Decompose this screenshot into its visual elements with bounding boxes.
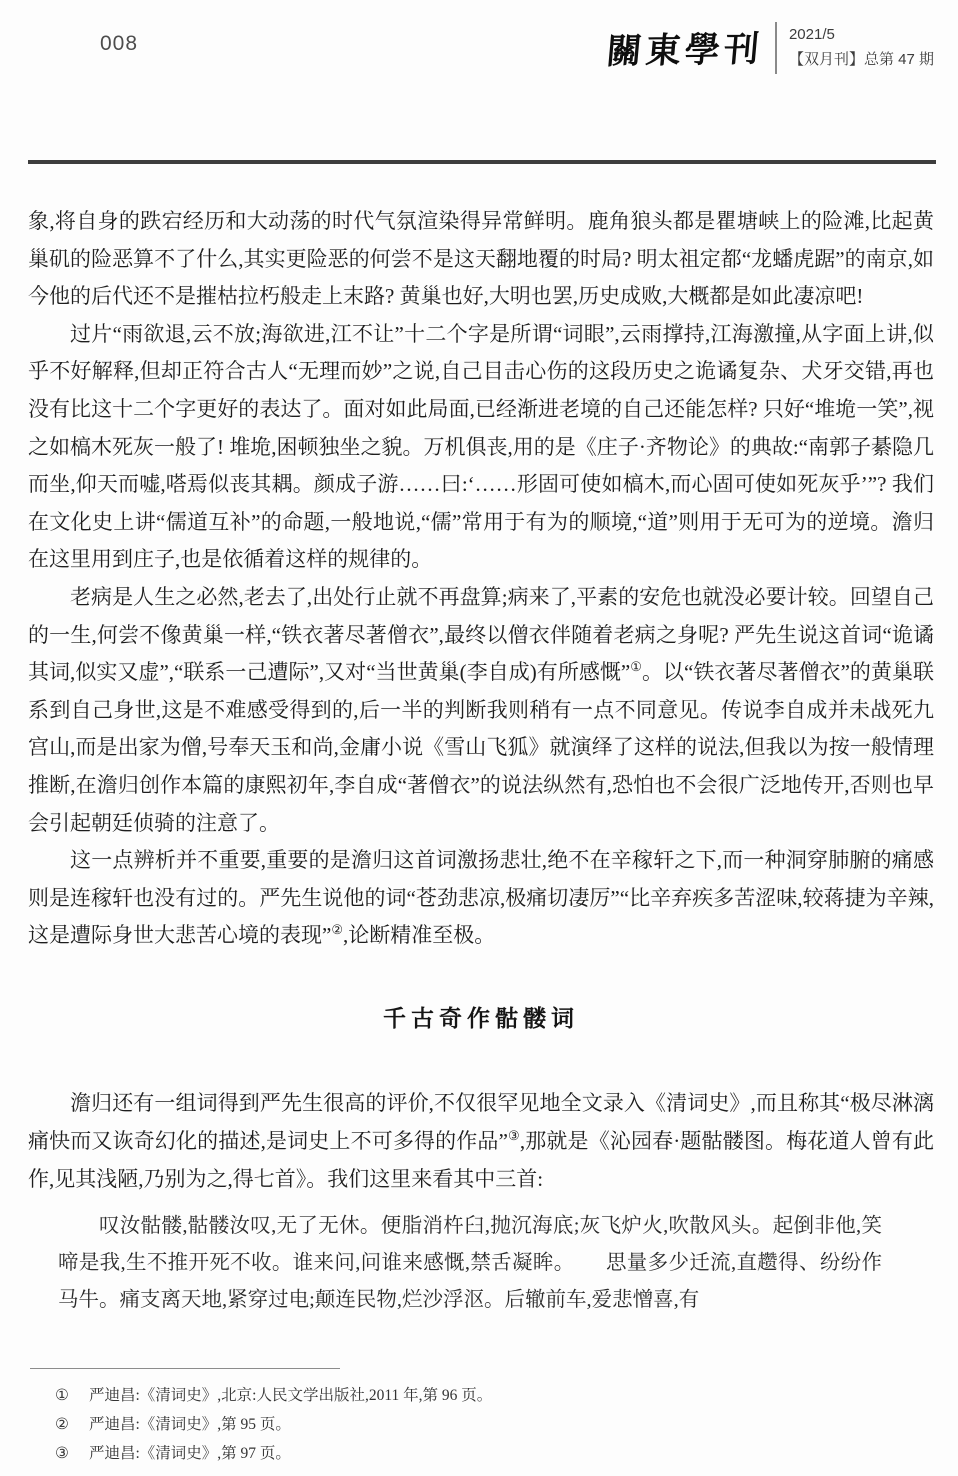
page-number: 008 <box>100 32 138 56</box>
masthead-divider <box>775 22 777 74</box>
journal-title-calligraphy: 關東學刊 <box>605 22 766 75</box>
paragraph-4: 这一点辨析并不重要,重要的是澹归这首词激扬悲壮,绝不在辛稼轩之下,而一种洞穿肺腑… <box>28 842 934 955</box>
footnote-separator <box>30 1368 340 1369</box>
footnote-3: ③ 严迪昌:《清词史》,第 97 页。 <box>55 1439 915 1468</box>
footnote-1-text: 严迪昌:《清词史》,北京:人民文学出版社,2011 年,第 96 页。 <box>89 1381 915 1410</box>
footnote-1: ① 严迪昌:《清词史》,北京:人民文学出版社,2011 年,第 96 页。 <box>55 1381 915 1410</box>
issue-info: 2021/5 【双月刊】总第 47 期 <box>789 23 934 73</box>
paragraph-1: 象,将自身的跌宕经历和大动荡的时代气氛渲染得异常鲜明。鹿角狼头都是瞿塘峡上的险滩… <box>28 203 934 316</box>
issue-date: 2021/5 <box>789 23 934 48</box>
footnote-list: ① 严迪昌:《清词史》,北京:人民文学出版社,2011 年,第 96 页。 ② … <box>55 1381 915 1468</box>
poem-quote: 叹汝骷髅,骷髅汝叹,无了无休。便脂消杵臼,抛沉海底;灰飞炉火,吹散风头。起倒非他… <box>58 1208 882 1319</box>
footnote-ref-1: ① <box>630 659 642 674</box>
paragraph-5: 澹归还有一组词得到严先生很高的评价,不仅很罕见地全文录入《清词史》,而且称其“极… <box>28 1085 934 1198</box>
footnote-3-text: 严迪昌:《清词史》,第 97 页。 <box>89 1439 915 1468</box>
section-heading: 千古奇作骷髅词 <box>28 1000 934 1038</box>
footnote-2-text: 严迪昌:《清词史》,第 95 页。 <box>89 1410 915 1439</box>
footnote-ref-2: ② <box>331 922 343 937</box>
footnote-2-marker: ② <box>55 1410 89 1439</box>
journal-masthead: 關東學刊 2021/5 【双月刊】总第 47 期 <box>607 22 934 74</box>
paragraph-3-text-b: 。以“铁衣著尽著僧衣”的黄巢联系到自己身世,这是不难感受得到的,后一半的判断我则… <box>28 660 934 834</box>
issue-number: 【双月刊】总第 47 期 <box>789 48 934 73</box>
paragraph-3: 老病是人生之必然,老去了,出处行止就不再盘算;病来了,平素的安危也就没必要计较。… <box>28 579 934 842</box>
footnote-ref-3: ③ <box>508 1128 520 1143</box>
footnote-1-marker: ① <box>55 1381 89 1410</box>
footnote-2: ② 严迪昌:《清词史》,第 95 页。 <box>55 1410 915 1439</box>
journal-page: 008 關東學刊 2021/5 【双月刊】总第 47 期 象,将自身的跌宕经历和… <box>0 0 958 1476</box>
footnote-3-marker: ③ <box>55 1439 89 1468</box>
article-body: 象,将自身的跌宕经历和大动荡的时代气氛渲染得异常鲜明。鹿角狼头都是瞿塘峡上的险滩… <box>28 203 934 1319</box>
header-rule <box>28 160 936 164</box>
paragraph-4-text-b: ,论断精准至极。 <box>343 923 495 947</box>
paragraph-2: 过片“雨欲退,云不放;海欲进,江不让”十二个字是所谓“词眼”,云雨撑持,江海激撞… <box>28 316 934 579</box>
